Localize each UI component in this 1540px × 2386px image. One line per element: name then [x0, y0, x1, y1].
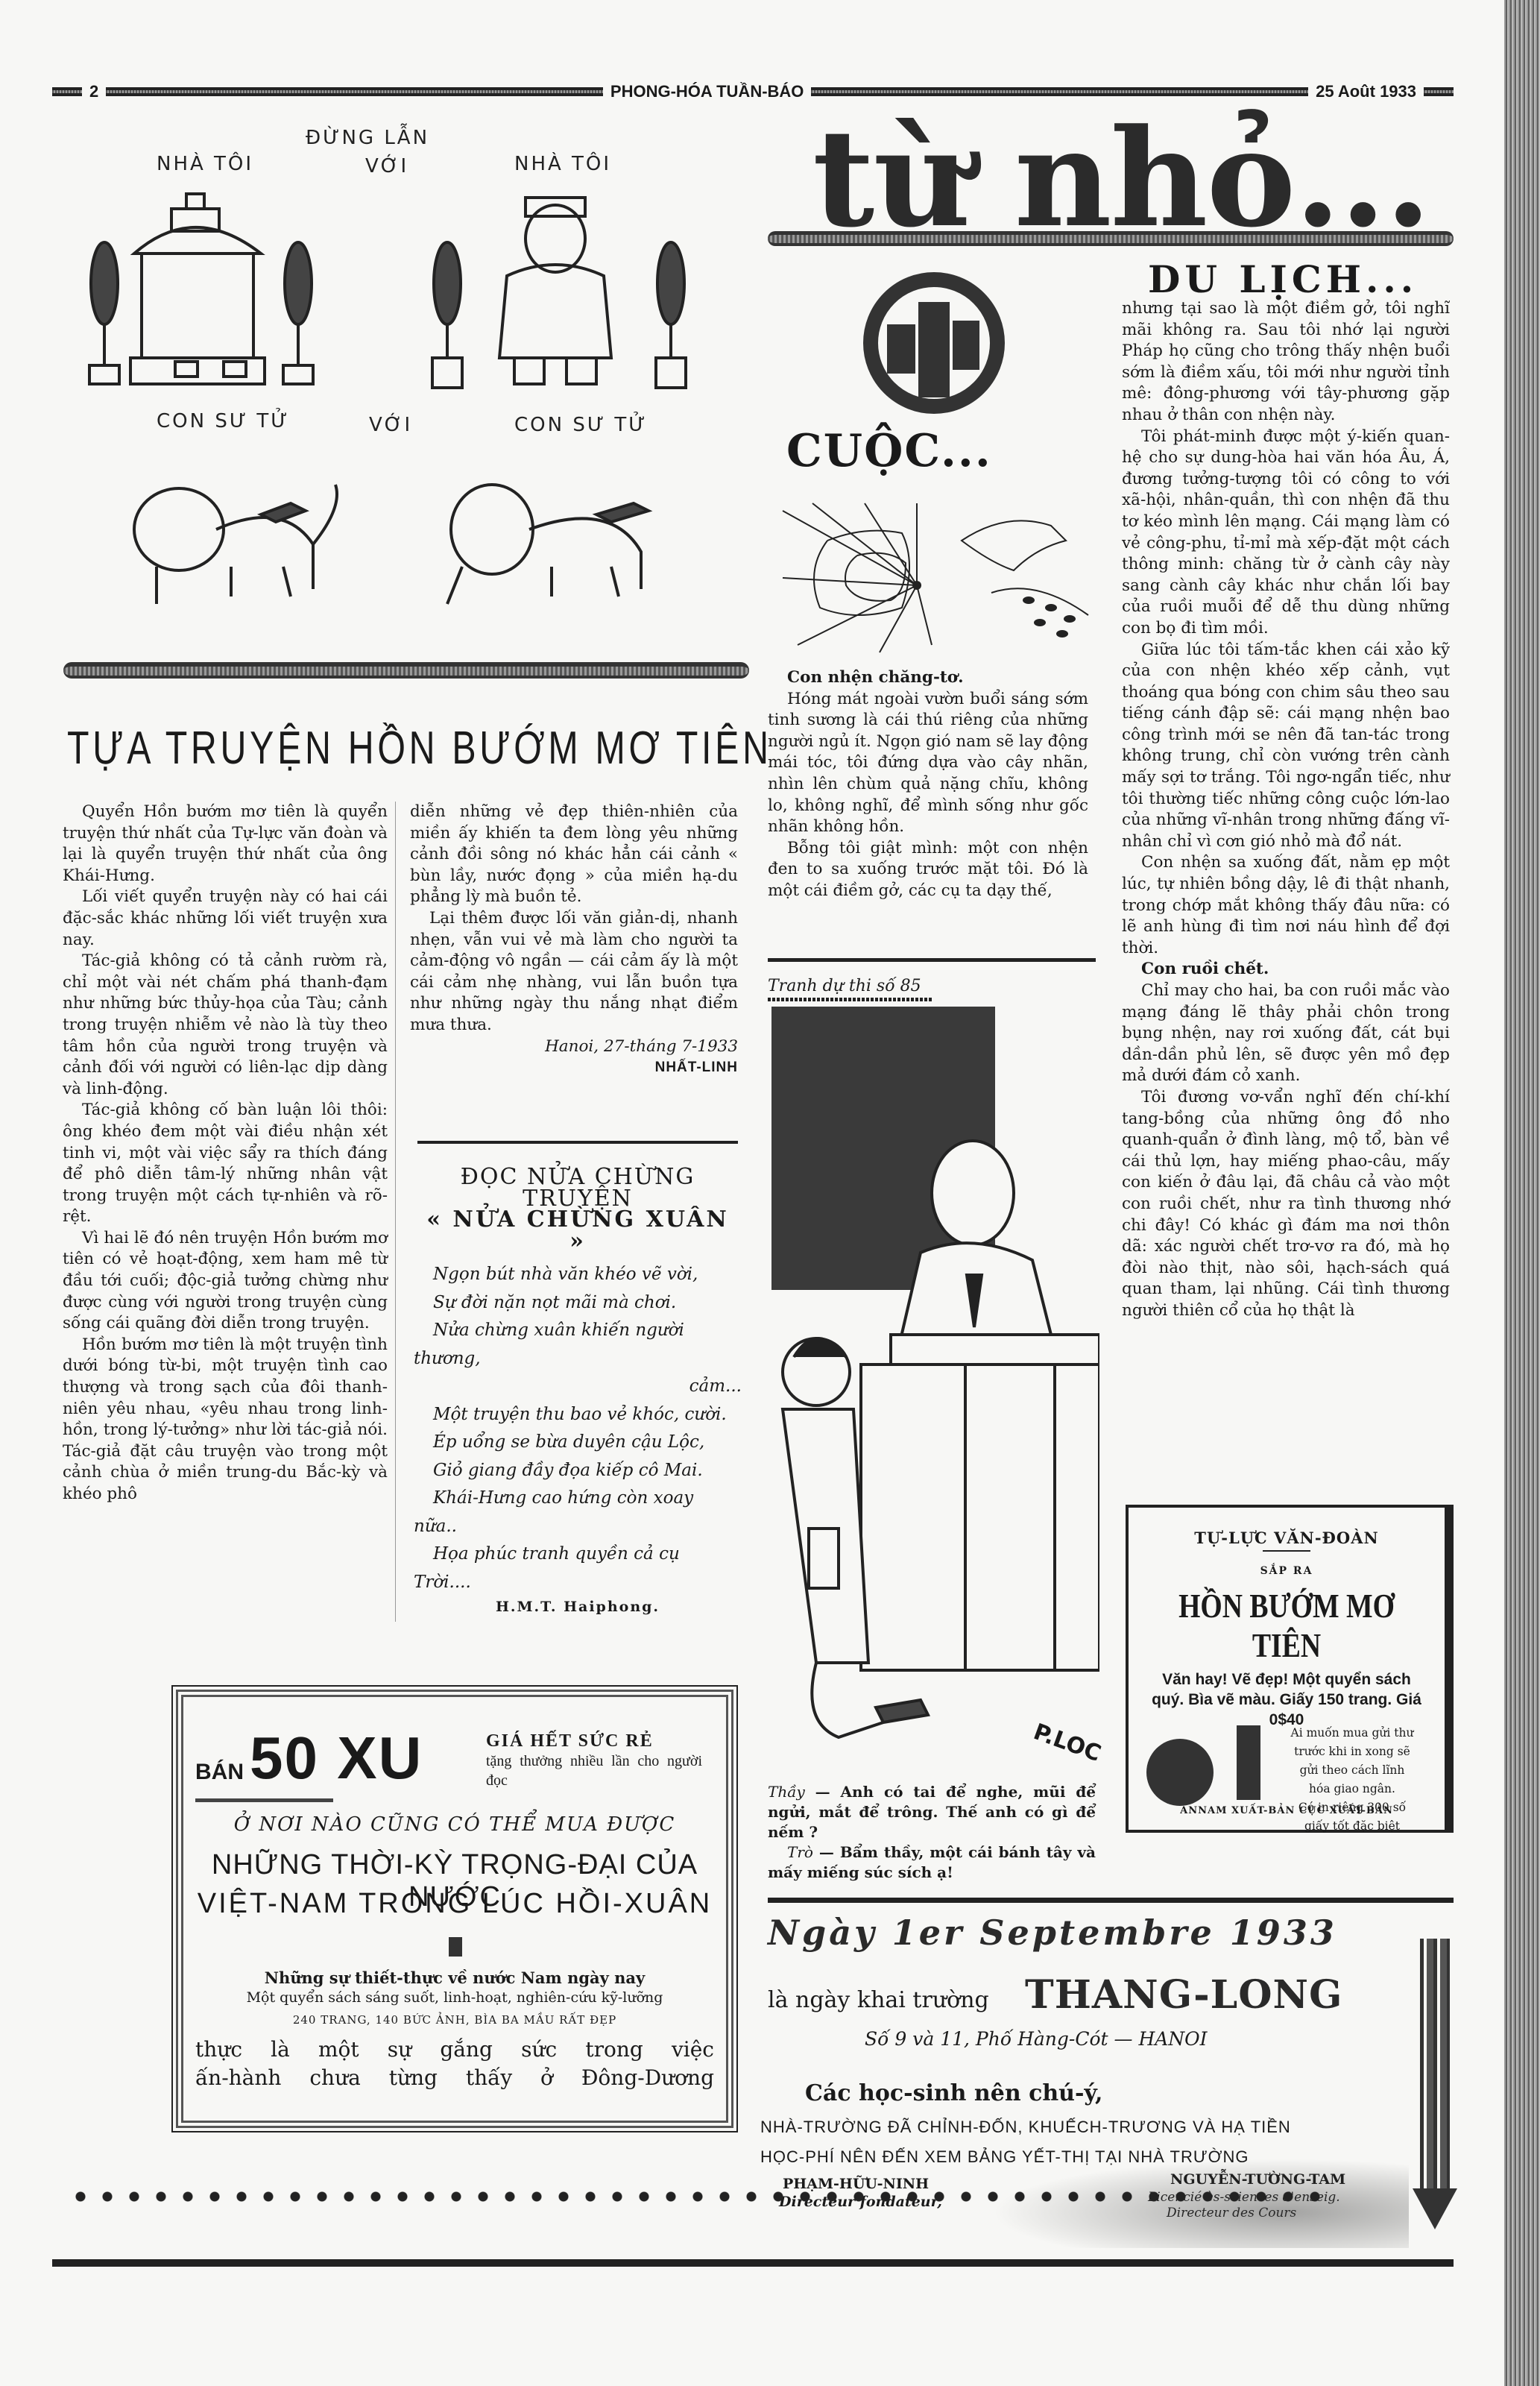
ad-available-text: Ở NƠI NÀO CŨNG CÓ THỂ MUA ĐƯỢC	[195, 1813, 714, 1836]
page-number: 2	[89, 82, 98, 101]
headline-tu-nho: từ nhỏ...	[812, 112, 1430, 246]
ad-coming-soon: SẮP RA	[1129, 1565, 1445, 1577]
arrow-down-icon	[1413, 2188, 1457, 2229]
ad-order-info: Ai muốn mua gửi thư trước khi in xong sẽ…	[1281, 1724, 1423, 1836]
ad-book-description: Văn hay! Vẽ đẹp! Một quyển sách quý. Bìa…	[1146, 1669, 1427, 1730]
ad-sell-label: BÁN	[195, 1760, 244, 1785]
section-title-fly: Con ruồi chết.	[1122, 959, 1450, 980]
bottom-rule	[52, 2259, 1454, 2267]
ad-price: 50 XU	[250, 1731, 423, 1785]
dotted-border	[67, 2189, 1334, 2204]
preface-column-1: Quyển Hồn bướm mơ tiên là quyển truyện t…	[63, 802, 388, 1505]
poem-title: ĐỌC NỬA CHỪNG TRUYỆN	[414, 1167, 742, 1209]
author-signature: NHẤT-LINH	[410, 1057, 738, 1079]
comic-dialogue: Thầy — Anh có tai để nghe, mũi để ngửi, …	[768, 1782, 1096, 1883]
comic-label: Tranh dự thi số 85	[768, 977, 921, 995]
article-title: TỰA TRUYỆN HỒN BƯỚM MƠ TIÊN	[67, 722, 584, 775]
headline-du-lich: DU LỊCH...	[1148, 257, 1418, 301]
school-opening-date: Ngày 1er Septembre 1933	[768, 1913, 1337, 1953]
poem-divider	[417, 1141, 738, 1144]
school-name: THANG-LONG	[1025, 1972, 1342, 2018]
ad-headline-2: VIỆT-NAM TRONG LÚC HỒI-XUÂN	[195, 1888, 714, 1920]
poem-author: H.M.T. Haiphong.	[414, 1596, 742, 1618]
ad-dot-decoration-icon	[1146, 1739, 1214, 1806]
place-date: Hanoi, 27-tháng 7-1933	[410, 1036, 738, 1058]
school-address: Số 9 và 11, Phố Hàng-Cót — HANOI	[865, 2028, 1208, 2050]
cartoon-illustration: ĐỪNG LẪN NHÀ TÔI VỚI NHÀ TÔI CON SƯ TỬ V…	[75, 112, 730, 656]
ad-cheap-label: GIÁ HẾT SỨC RẺ	[486, 1731, 702, 1751]
travel-column-center: Con nhện chăng-tơ. Hóng mát ngoài vườn b…	[768, 667, 1088, 902]
cartoon-drawing-icon	[75, 112, 730, 656]
ad-gift-text: tặng thưởng nhiều lần cho người đọc	[486, 1751, 702, 1790]
book-50xu-advertisement: BÁN 50 XU GIÁ HẾT SỨC RẺ tặng thưởng nhi…	[171, 1685, 738, 2132]
ad-description: Một quyển sách sáng suốt, linh-hoạt, ngh…	[195, 1989, 714, 2006]
issue-date: 25 Août 1933	[1316, 82, 1416, 101]
preface-column-2: diễn những vẻ đẹp thiên-nhiên của miền ấ…	[410, 802, 738, 1079]
ad-printer: ANNAM XUẤT-BẢN CỤC XUẤT-BẢN	[1129, 1805, 1445, 1816]
publication-name: PHONG-HÓA TUẦN-BÁO	[610, 82, 804, 101]
ad-closing-1: thực là một sự gắng sức trong việc	[195, 2037, 714, 2062]
ad-publisher: TỰ-LỰC VĂN-ĐOÀN	[1129, 1529, 1445, 1547]
school-line-1: NHÀ-TRƯỜNG ĐÃ CHỈNH-ĐỐN, KHUẾCH-TRƯƠNG V…	[760, 2118, 1291, 2137]
wavy-divider	[63, 662, 749, 679]
cartoon-caption: ĐỪNG LẪN	[306, 127, 429, 149]
ad-specs: 240 TRANG, 140 BỨC ẢNH, BÌA BA MẦU RẤT Đ…	[195, 2013, 714, 2027]
school-notice: Các học-sinh nên chú-ý,	[805, 2080, 1102, 2106]
school-opening-text: là ngày khai trường	[768, 1987, 989, 2013]
spider-web-icon	[768, 496, 1096, 664]
emblem-logo-icon	[863, 272, 1005, 414]
ad-bar-decoration-icon	[1237, 1725, 1260, 1800]
book-advertisement: TỰ-LỰC VĂN-ĐOÀN SẮP RA HỒN BƯỚM MƠ TIÊN …	[1126, 1505, 1454, 1833]
comic-illustration	[771, 1007, 1099, 1760]
wavy-divider-right	[768, 231, 1454, 246]
poem-subtitle: « NỬA CHỪNG XUÂN »	[414, 1209, 742, 1252]
ad-subtitle: Những sự thiết-thực về nước Nam ngày nay	[195, 1968, 714, 1987]
scan-edge-shadow	[1504, 0, 1540, 2386]
headline-cuoc: CUỘC...	[786, 425, 992, 477]
ad-closing-2: ấn-hành chưa từng thấy ở Đông-Dương	[195, 2065, 714, 2090]
poem-block: ĐỌC NỬA CHỪNG TRUYỆN « NỬA CHỪNG XUÂN » …	[414, 1167, 742, 1618]
travel-column-right: nhưng tại sao là một điềm gở, tôi nghĩ m…	[1122, 298, 1450, 1322]
spider-web-illustration	[768, 496, 1096, 664]
arrow-shaft-icon	[1420, 1939, 1450, 2192]
teacher-student-drawing-icon	[771, 1007, 1099, 1760]
ad-book-title: HỒN BƯỚM MƠ TIÊN	[1157, 1586, 1416, 1665]
section-title-spider: Con nhện chăng-tơ.	[768, 667, 1088, 689]
